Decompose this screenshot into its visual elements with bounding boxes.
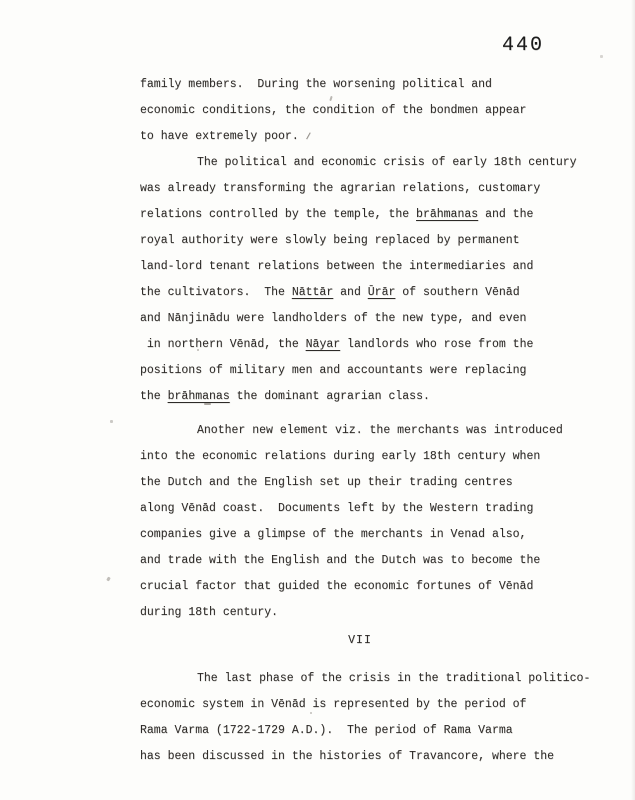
text-line: land-lord tenant relations between the i…	[140, 254, 580, 280]
text-segment: crucial factor that guided the economic …	[140, 580, 533, 593]
underlined-term: Ūrār	[368, 286, 396, 299]
text-segment: to have extremely poor.	[140, 130, 306, 143]
text-line: royal authority were slowly being replac…	[140, 228, 580, 254]
text-segment: family members. During the worsening pol…	[140, 78, 492, 91]
text-line: Another new element viz. the merchants w…	[140, 418, 580, 444]
text-segment: economic system in Vēnād is represented …	[140, 698, 526, 711]
text-segment: royal authority were slowly being replac…	[140, 234, 520, 247]
section-heading: VII	[140, 628, 580, 654]
paragraph: Another new element viz. the merchants w…	[140, 418, 580, 626]
page-number: 440	[502, 34, 544, 57]
underlined-term: Nāyar	[306, 338, 341, 351]
text-segment: relations controlled by the temple, the	[140, 208, 416, 221]
text-line: economic conditions, the condition of th…	[140, 98, 580, 124]
text-line: and trade with the English and the Dutch…	[140, 548, 580, 574]
text-line: has been discussed in the histories of T…	[140, 744, 580, 770]
text-line: in northern Vēnād, the Nāyar landlords w…	[140, 332, 580, 358]
text-segment: into the economic relations during early…	[140, 450, 540, 463]
text-line: The last phase of the crisis in the trad…	[140, 666, 580, 692]
scan-speck	[197, 349, 199, 351]
underlined-term: brāhmanas	[168, 390, 230, 403]
text-line: the brāhmanas the dominant agrarian clas…	[140, 384, 580, 410]
text-line: the cultivators. The Nāttār and Ūrār of …	[140, 280, 580, 306]
underlined-term: brāhmanas	[416, 208, 478, 221]
text-segment: The last phase of the crisis in the trad…	[197, 672, 590, 685]
text-segment: the cultivators. The	[140, 286, 292, 299]
text-segment: land-lord tenant relations between the i…	[140, 260, 533, 273]
text-segment: The political and economic crisis of ear…	[197, 156, 577, 169]
underlined-term: Nāttār	[292, 286, 333, 299]
text-segment: and the	[478, 208, 533, 221]
text-segment: the	[140, 390, 168, 403]
text-line: into the economic relations during early…	[140, 444, 580, 470]
text-segment: and trade with the English and the Dutch…	[140, 554, 540, 567]
scan-speck	[110, 420, 113, 423]
text-line: the Dutch and the English set up their t…	[140, 470, 580, 496]
text-line: positions of military men and accountant…	[140, 358, 580, 384]
text-segment: the dominant agrarian class.	[230, 390, 430, 403]
text-segment: the Dutch and the English set up their t…	[140, 476, 513, 489]
text-line: family members. During the worsening pol…	[140, 72, 580, 98]
text-line: was already transforming the agrarian re…	[140, 176, 580, 202]
text-segment: along Vēnād coast. Documents left by the…	[140, 502, 533, 515]
text-segment: economic conditions, the condition of th…	[140, 104, 526, 117]
text-line: along Vēnād coast. Documents left by the…	[140, 496, 580, 522]
text-segment: landlords who rose from the	[340, 338, 533, 351]
scan-speck	[106, 577, 111, 582]
text-segment: has been discussed in the histories of T…	[140, 750, 554, 763]
text-line: economic system in Vēnād is represented …	[140, 692, 580, 718]
text-segment: and Nānjinādu were landholders of the ne…	[140, 312, 526, 325]
stray-mark: /	[306, 132, 311, 142]
paragraph: The last phase of the crisis in the trad…	[140, 666, 580, 770]
scan-speck	[600, 55, 603, 58]
text-line: Rama Varma (1722-1729 A.D.). The period …	[140, 718, 580, 744]
text-segment: companies give a glimpse of the merchant…	[140, 528, 526, 541]
text-segment: during 18th century.	[140, 606, 278, 619]
text-line: and Nānjinādu were landholders of the ne…	[140, 306, 580, 332]
text-line: during 18th century.	[140, 600, 580, 626]
scan-speck	[310, 712, 312, 714]
text-segment: Rama Varma (1722-1729 A.D.). The period …	[140, 724, 513, 737]
paragraph: family members. During the worsening pol…	[140, 72, 580, 150]
text-line: relations controlled by the temple, the …	[140, 202, 580, 228]
text-line: crucial factor that guided the economic …	[140, 574, 580, 600]
text-segment: was already transforming the agrarian re…	[140, 182, 540, 195]
document-page: 440 family members. During the worsening…	[0, 0, 635, 800]
text-segment: of southern Vēnād	[395, 286, 519, 299]
document-content: family members. During the worsening pol…	[140, 72, 580, 770]
text-line: The political and economic crisis of ear…	[140, 150, 580, 176]
text-segment: Another new element viz. the merchants w…	[197, 424, 563, 437]
scan-speck	[204, 403, 211, 405]
paragraph: The political and economic crisis of ear…	[140, 150, 580, 410]
text-segment: in northern Vēnād, the	[140, 338, 306, 351]
text-segment: and	[333, 286, 368, 299]
text-segment: positions of military men and accountant…	[140, 364, 526, 377]
text-line: to have extremely poor. /	[140, 124, 580, 150]
scan-edge-shade	[631, 0, 635, 800]
text-line: companies give a glimpse of the merchant…	[140, 522, 580, 548]
